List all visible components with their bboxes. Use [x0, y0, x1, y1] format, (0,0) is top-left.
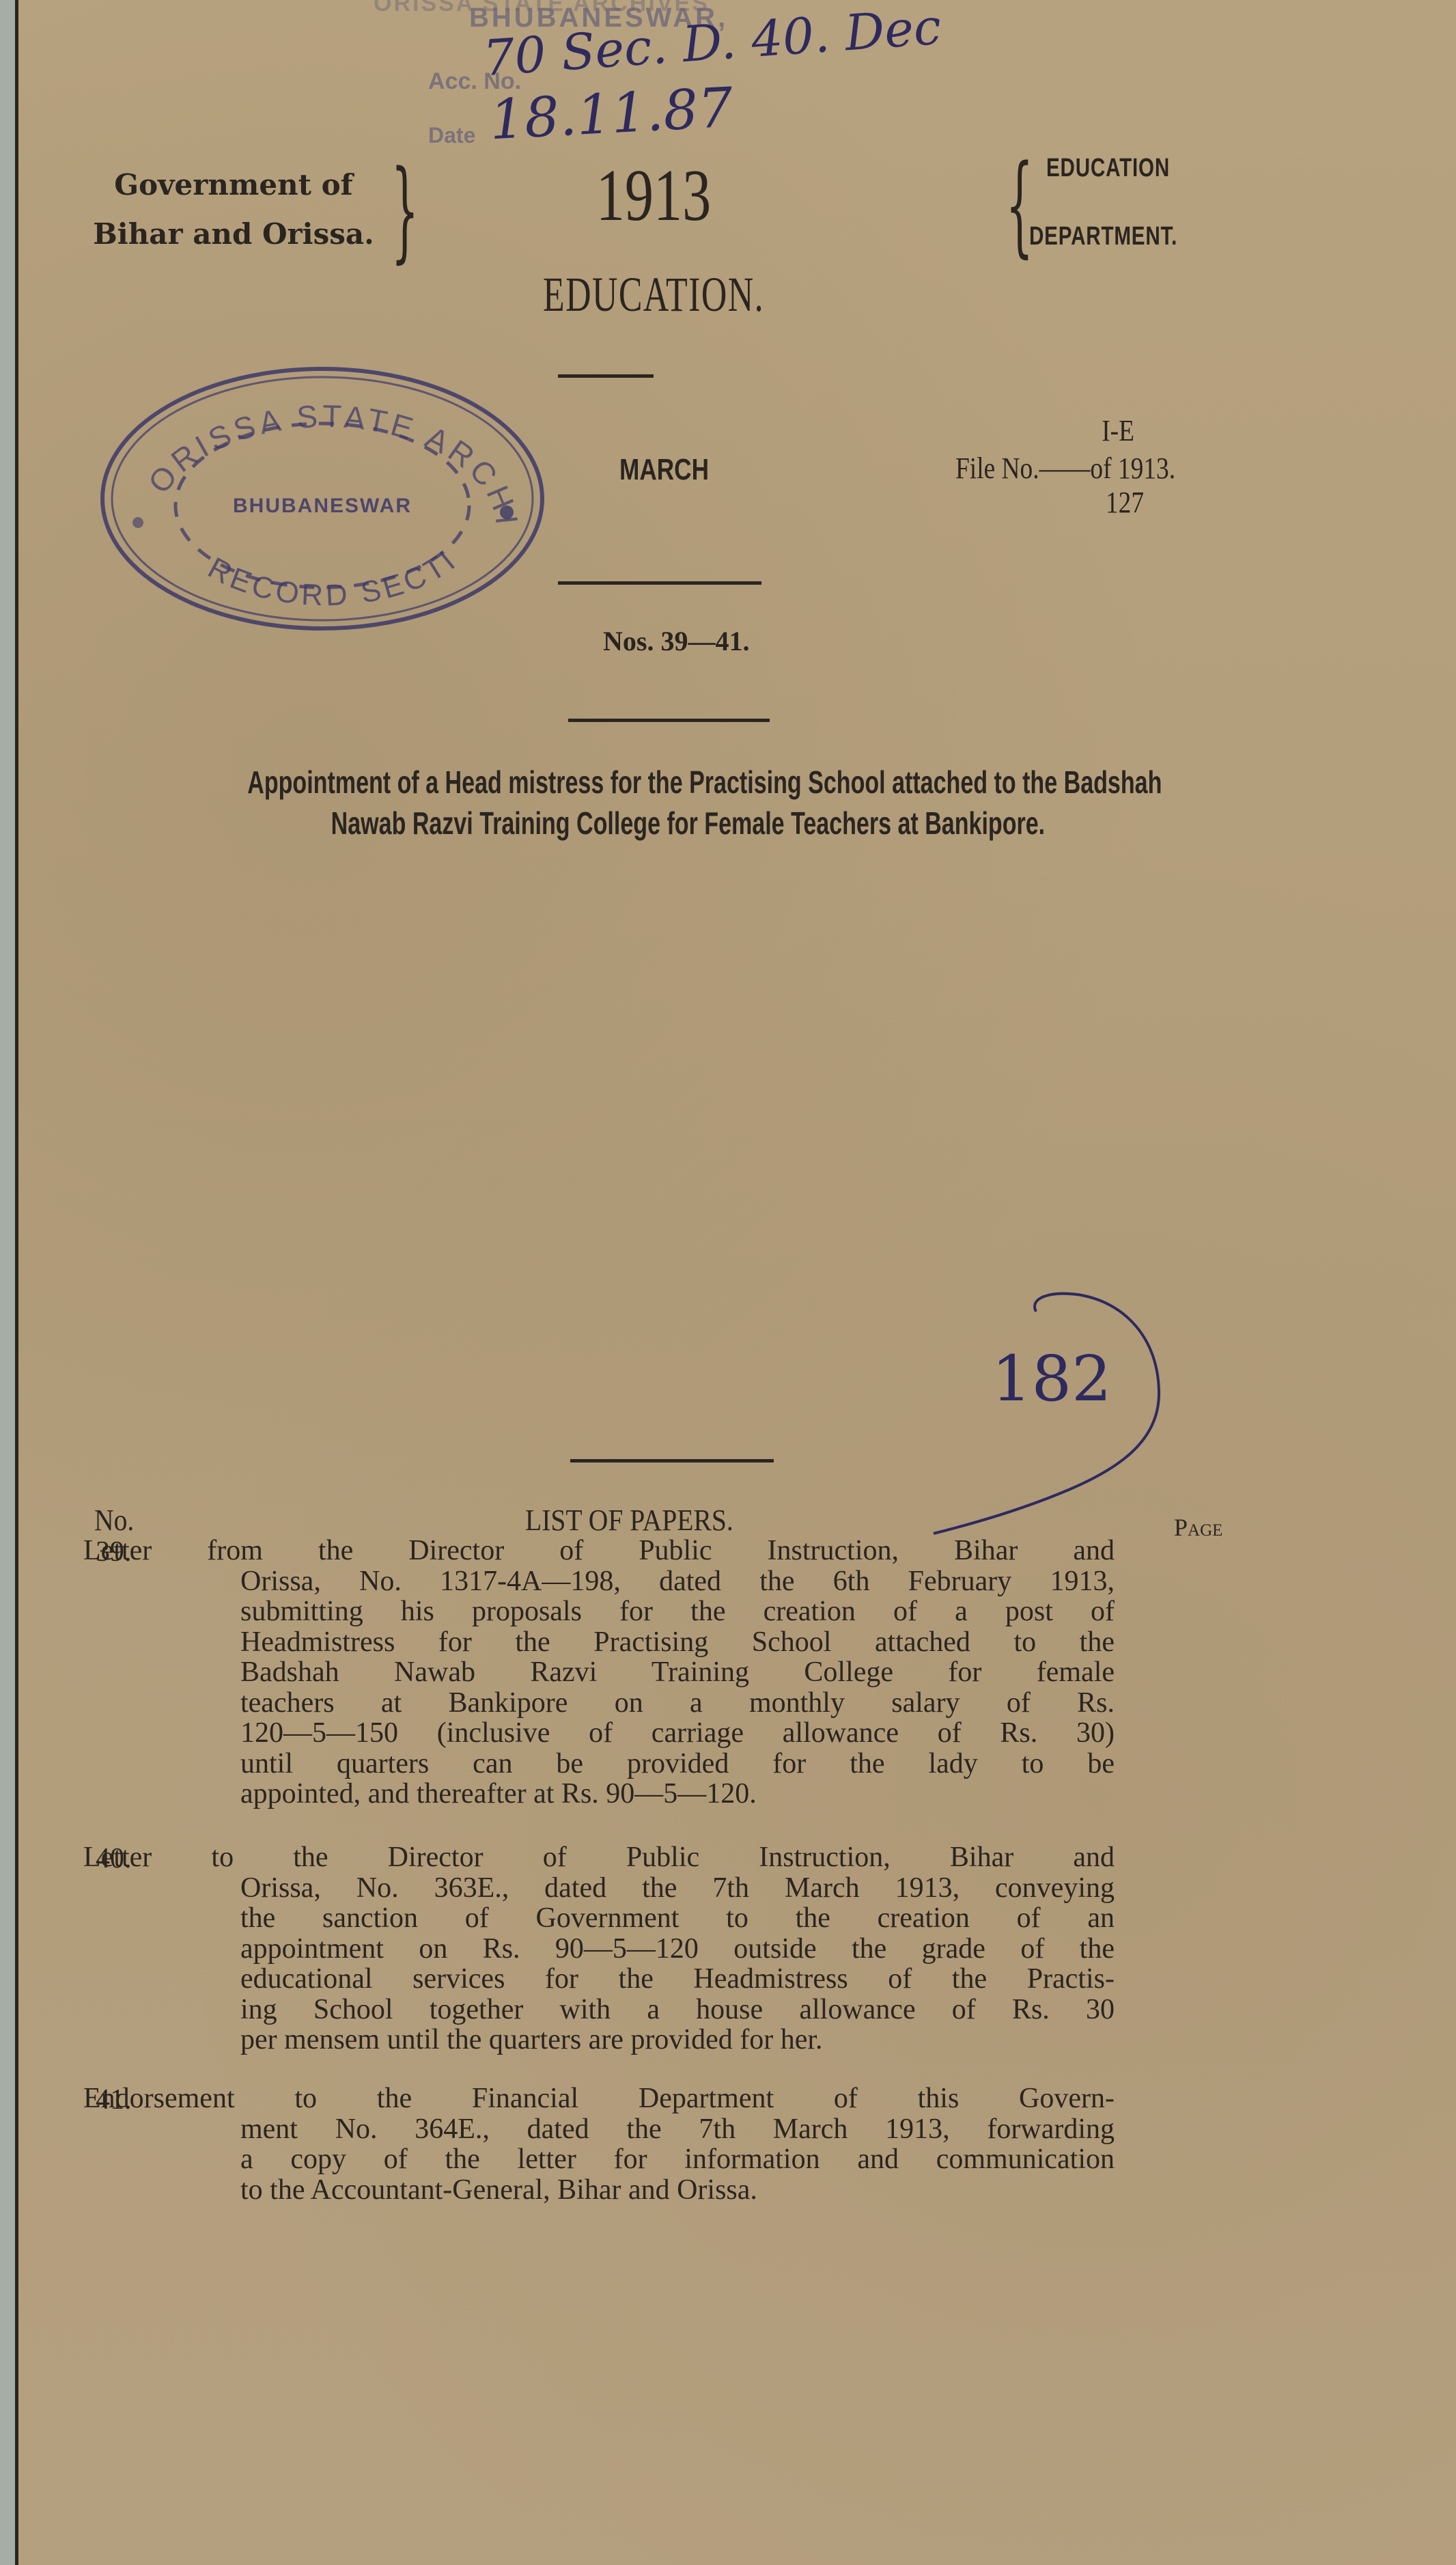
entry-39-text: Letter from the Director of Public Instr…	[240, 1536, 1115, 1810]
government-line1: Government of	[87, 161, 380, 210]
scanner-background-strip	[0, 0, 15, 2565]
divider-rule-4	[570, 1459, 774, 1462]
handwritten-date: 18.11.87	[488, 76, 735, 152]
government-line2: Bihar and Orissa.	[87, 210, 380, 259]
handwritten-page-number: 182	[992, 1342, 1112, 1415]
department-line1: EDUCATION	[1046, 154, 1170, 183]
document-sheet: ORISSA STATE ARCHIVES BHUBANESWAR, Acc. …	[18, 0, 1456, 2565]
entry-40-text: Letter to the Director of Public Instruc…	[240, 1842, 1115, 2055]
government-name: Government of Bihar and Orissa.	[87, 161, 380, 259]
file-subject-line1: Appointment of a Head mistress for the P…	[247, 762, 1162, 803]
subject-area-title: EDUCATION.	[540, 266, 766, 323]
list-of-papers-title: LIST OF PAPERS.	[525, 1503, 733, 1538]
month-label: MARCH	[619, 453, 731, 487]
divider-rule-2	[558, 581, 761, 585]
entry-41-text: Endorsement to the Financial Department …	[240, 2083, 1115, 2205]
file-subject: Appointment of a Head mistress for the P…	[87, 762, 1289, 844]
archive-oval-stamp: ORISSA STATE ARCHIVES BHUBANESWAR RECORD…	[90, 359, 555, 639]
file-number-bottom: 127	[1102, 485, 1147, 520]
right-brace: }	[391, 156, 419, 265]
file-number-label: File No.——of 1913.	[955, 451, 1214, 486]
oval-stamp-center-text: BHUBANESWAR	[233, 495, 412, 517]
divider-rule-3	[568, 719, 770, 722]
file-number-top: I-E	[1099, 413, 1137, 448]
archive-stamp-date-label: Date	[428, 123, 475, 148]
document-year: 1913	[585, 154, 723, 238]
file-subject-line2: Nawab Razvi Training College for Female …	[331, 803, 1044, 844]
department-line2: DEPARTMENT.	[1029, 222, 1177, 251]
column-header-page: Page	[1174, 1513, 1222, 1542]
column-header-no: No.	[94, 1503, 134, 1538]
paper-numbers: Nos. 39—41.	[603, 625, 749, 657]
divider-rule-1	[558, 374, 654, 378]
